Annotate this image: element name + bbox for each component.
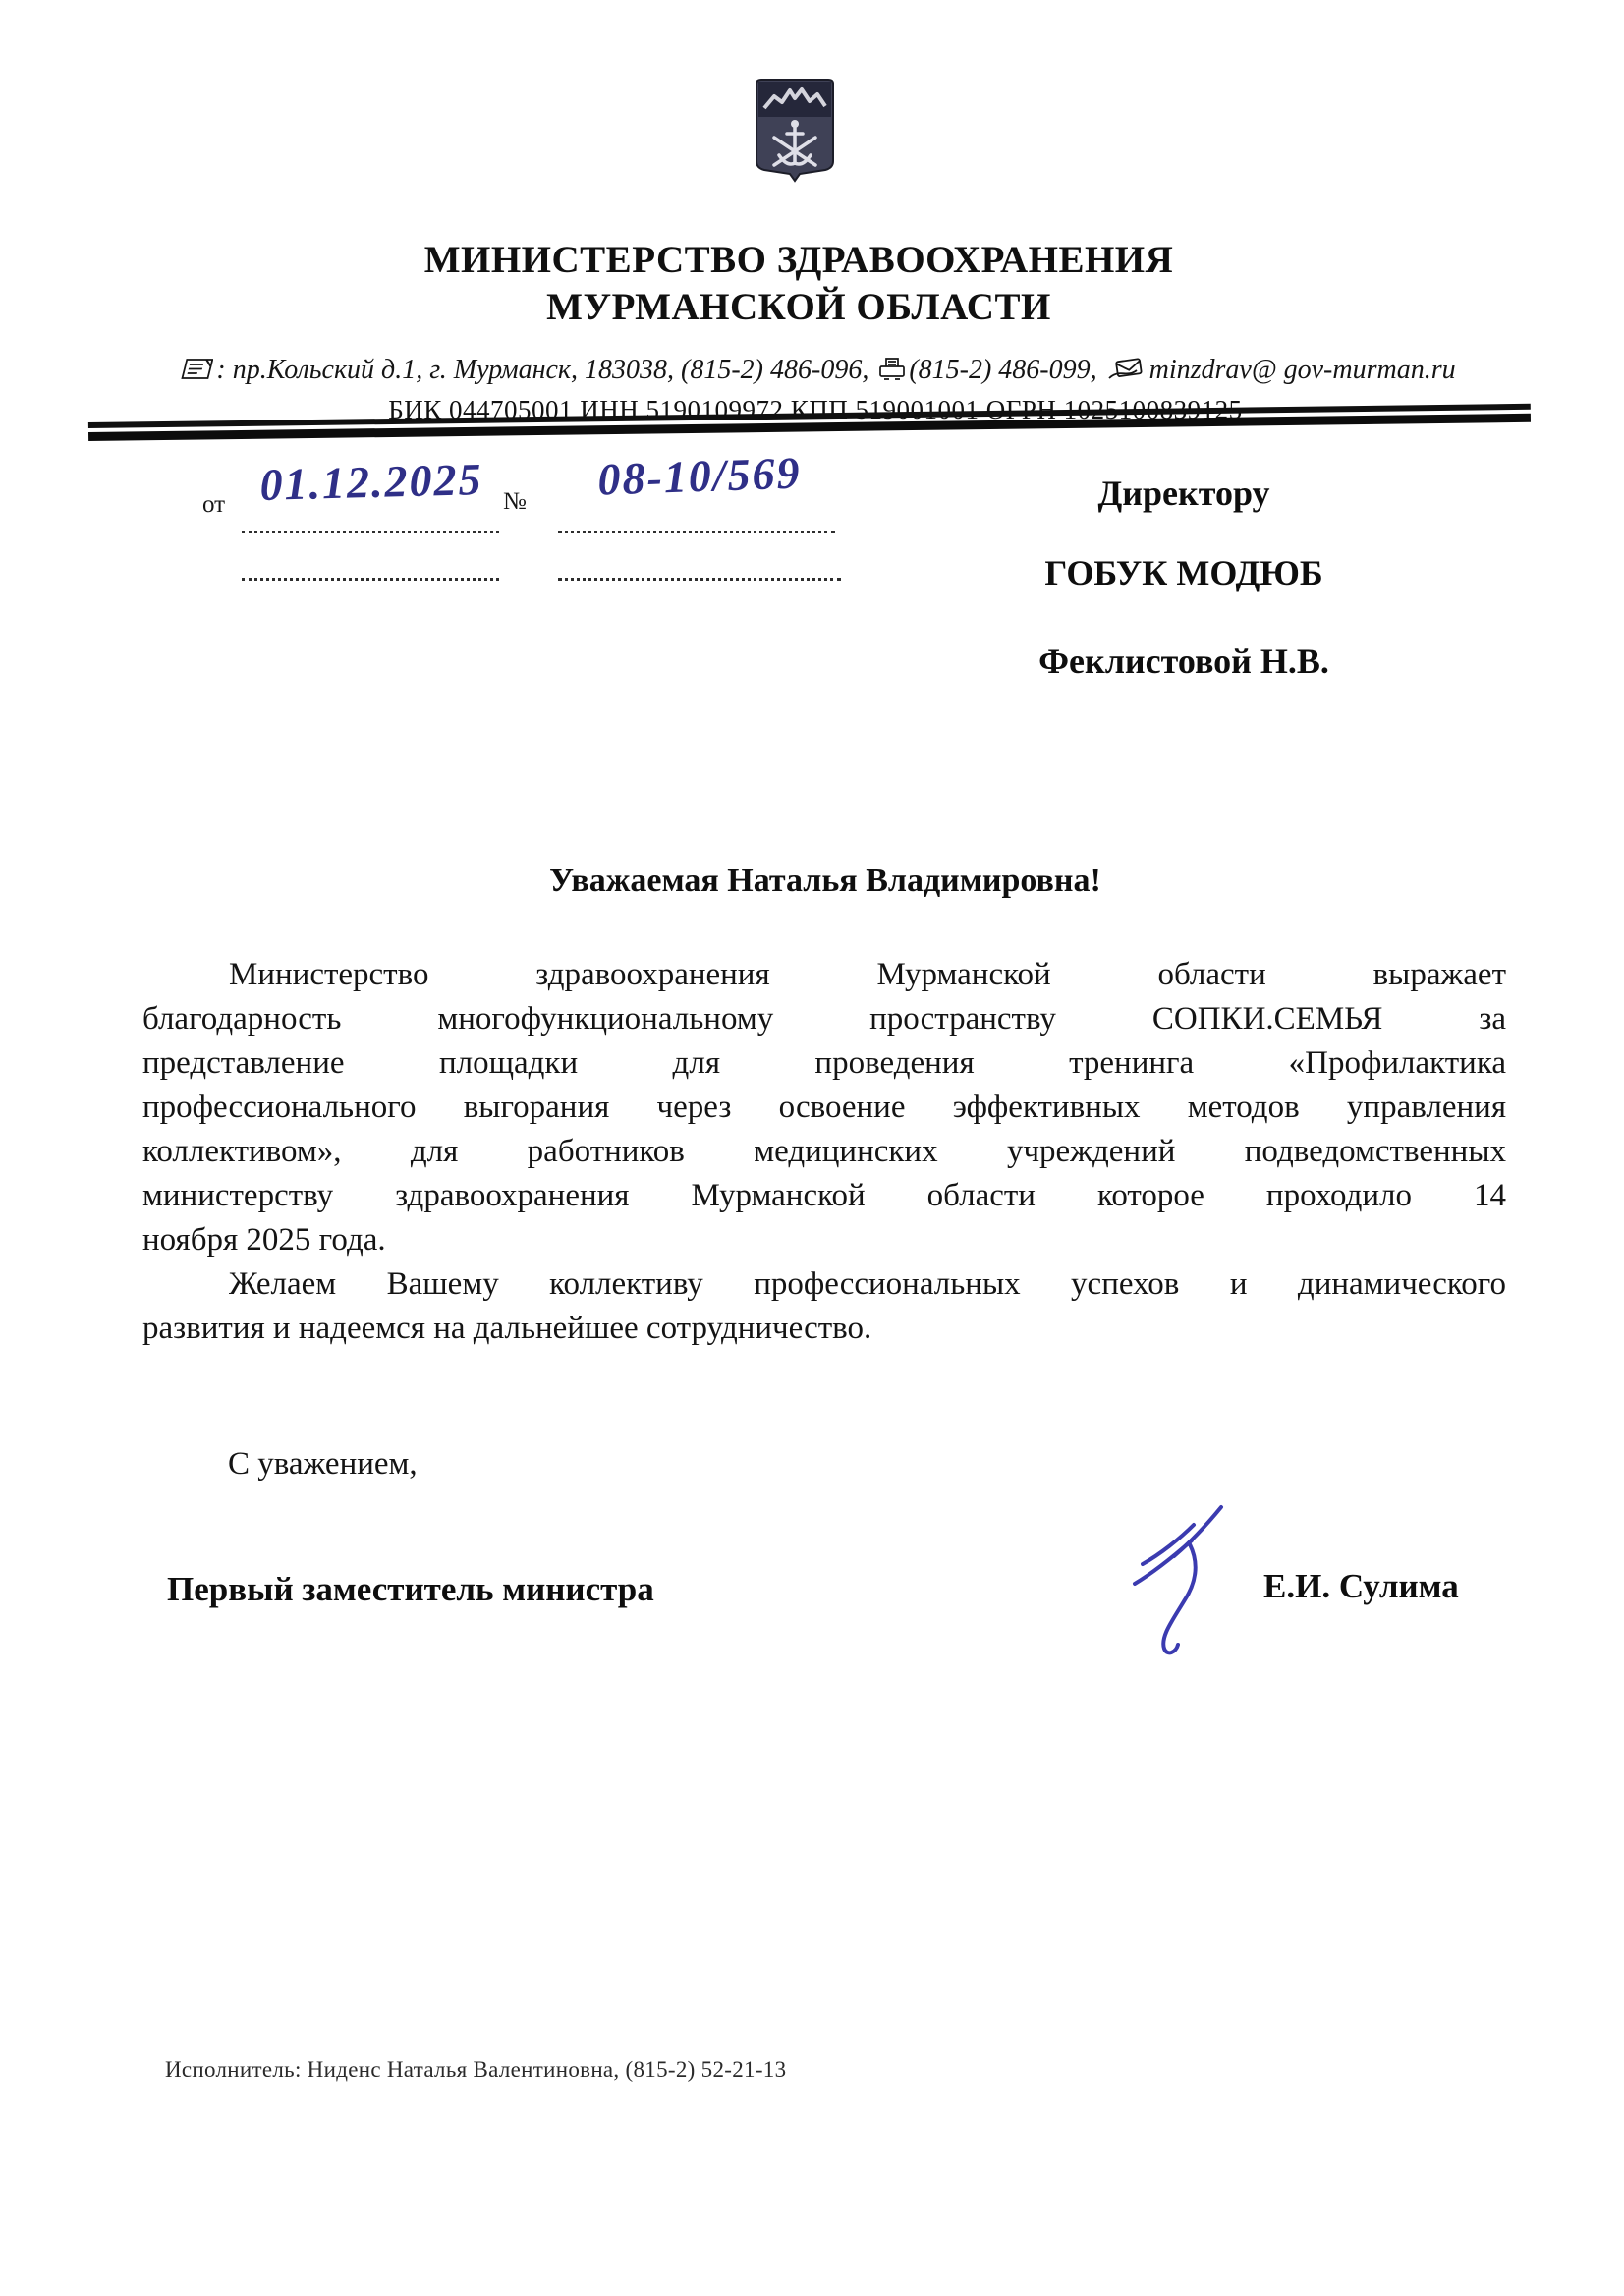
- body-line: Министерство здравоохранения Мурманской …: [142, 953, 1506, 997]
- body-line: министерству здравоохранения Мурманской …: [142, 1174, 1506, 1218]
- contact-line: : пр.Кольский д.1, г. Мурманск, 183038, …: [118, 354, 1513, 391]
- org-name-line2: МУРМАНСКОЙ ОБЛАСТИ: [111, 284, 1486, 331]
- address-text: : пр.Кольский д.1, г. Мурманск, 183038, …: [216, 355, 868, 385]
- envelope-send-icon: [1107, 357, 1147, 391]
- org-name-line1: МИНИСТЕРСТВО ЗДРАВООХРАНЕНИЯ: [111, 237, 1486, 284]
- date-handwritten: 01.12.2025: [241, 453, 501, 512]
- salutation: Уважаемая Наталья Владимировна!: [142, 863, 1508, 900]
- body-line: коллективом», для работников медицинских…: [142, 1130, 1506, 1174]
- email-text: minzdrav@ gov-murman.ru: [1149, 355, 1456, 385]
- envelope-lines-icon: [178, 357, 213, 391]
- coat-of-arms-emblem: [753, 79, 837, 183]
- body-line: развития и надеемся на дальнейшее сотруд…: [142, 1307, 1506, 1351]
- letter-page: { "document": { "type": "official-letter…: [0, 0, 1624, 2296]
- letter-body: Министерство здравоохранения Мурманской …: [142, 953, 1506, 1351]
- recipient-title: Директору: [987, 473, 1380, 514]
- body-line: профессионального выгорания через освоен…: [142, 1086, 1506, 1130]
- signer-position: Первый заместитель министра: [167, 1570, 654, 1609]
- body-line: Желаем Вашему коллективу профессиональны…: [142, 1262, 1506, 1307]
- recipient-org: ГОБУК МОДЮБ: [987, 552, 1380, 593]
- from-label: от: [202, 491, 225, 519]
- body-line: представление площадки для проведения тр…: [142, 1041, 1506, 1086]
- recipient-person: Феклистовой Н.В.: [987, 641, 1380, 682]
- fax-icon: [878, 357, 906, 391]
- number-label: №: [503, 488, 527, 516]
- body-line: ноября 2025 года.: [142, 1218, 1506, 1262]
- date-underline: [242, 531, 499, 533]
- executor-line: Исполнитель: Ниденс Наталья Валентиновна…: [165, 2057, 786, 2083]
- body-line: благодарность многофункциональному прост…: [142, 997, 1506, 1041]
- blank-underline-left: [242, 578, 499, 581]
- fax-text: (815-2) 486-099,: [909, 355, 1096, 385]
- signer-name: Е.И. Сулима: [1263, 1567, 1459, 1606]
- number-handwritten: 08-10/569: [561, 445, 838, 507]
- org-name: МИНИСТЕРСТВО ЗДРАВООХРАНЕНИЯ МУРМАНСКОЙ …: [111, 237, 1486, 331]
- closing-phrase: С уважением,: [228, 1446, 418, 1483]
- handwritten-signature-icon: [1105, 1501, 1243, 1658]
- number-underline: [558, 531, 835, 533]
- blank-underline-right: [558, 578, 841, 581]
